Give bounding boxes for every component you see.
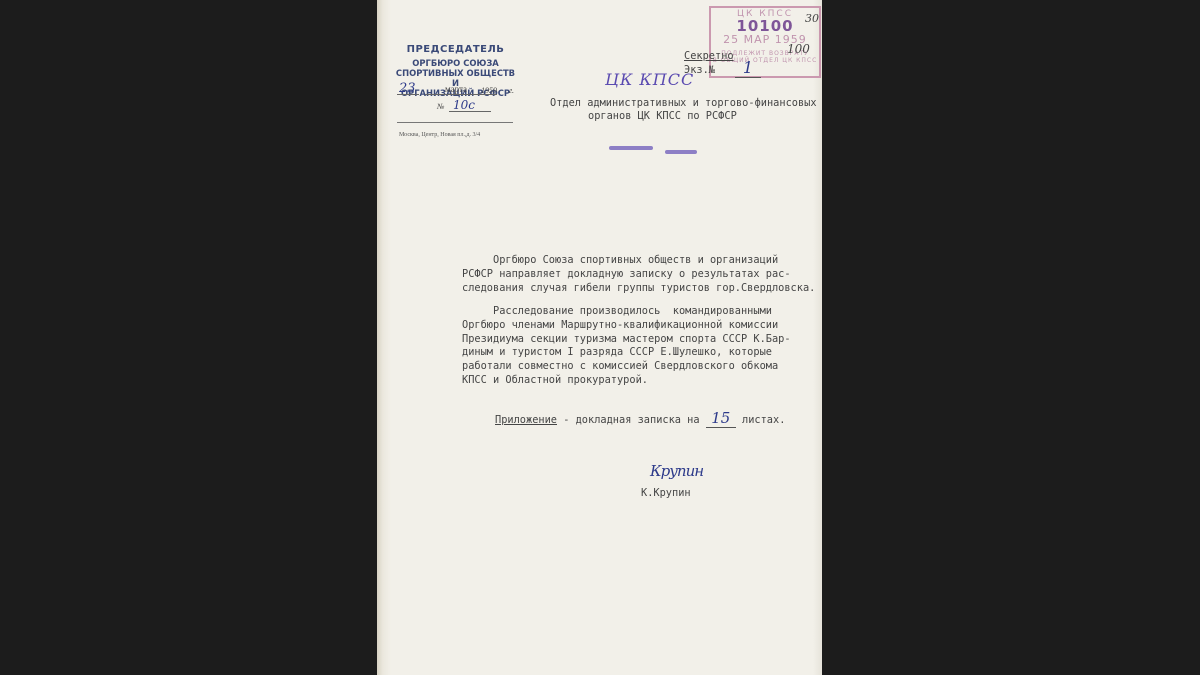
attachment-pages: 15 [706,409,736,428]
classification-label: Секретно [684,50,734,64]
ink-mark [665,150,697,154]
document-page: ПРЕДСЕДАТЕЛЬ ОРГБЮРО СОЮЗА СПОРТИВНЫХ ОБ… [377,0,822,675]
letterhead-title: ПРЕДСЕДАТЕЛЬ [393,44,518,55]
signatory-name: К.Крупин [641,487,691,501]
signature: Крупин [650,462,703,480]
letterhead-divider [397,122,513,123]
attachment-label: Приложение [495,414,557,426]
addressee-line1: Отдел административных и торгово-финансо… [550,97,817,111]
stamp-note-top: 30 [805,12,819,25]
date-year: 1959 [481,86,497,95]
stamp-note-mid: 100 [787,42,810,56]
year-suffix: г. [509,86,514,95]
addressee-handwritten: ЦК КПСС [605,70,694,89]
copy-number: 1 [735,58,761,78]
body-paragraph-1: Оргбюро Союза спортивных обществ и орган… [462,254,815,295]
body-paragraph-2: Расследование производилось командирован… [462,305,791,388]
addressee-line2: органов ЦК КПСС по РСФСР [588,110,737,124]
date-month: марта [445,84,467,94]
attachment-line: Приложение - докладная записка на 15 лис… [495,408,785,428]
letterhead-address: Москва, Центр, Новая пл.,д. 3/4 [399,132,519,138]
number-value: 10с [453,98,475,112]
ink-mark [609,146,653,150]
number-label: № [437,102,445,111]
